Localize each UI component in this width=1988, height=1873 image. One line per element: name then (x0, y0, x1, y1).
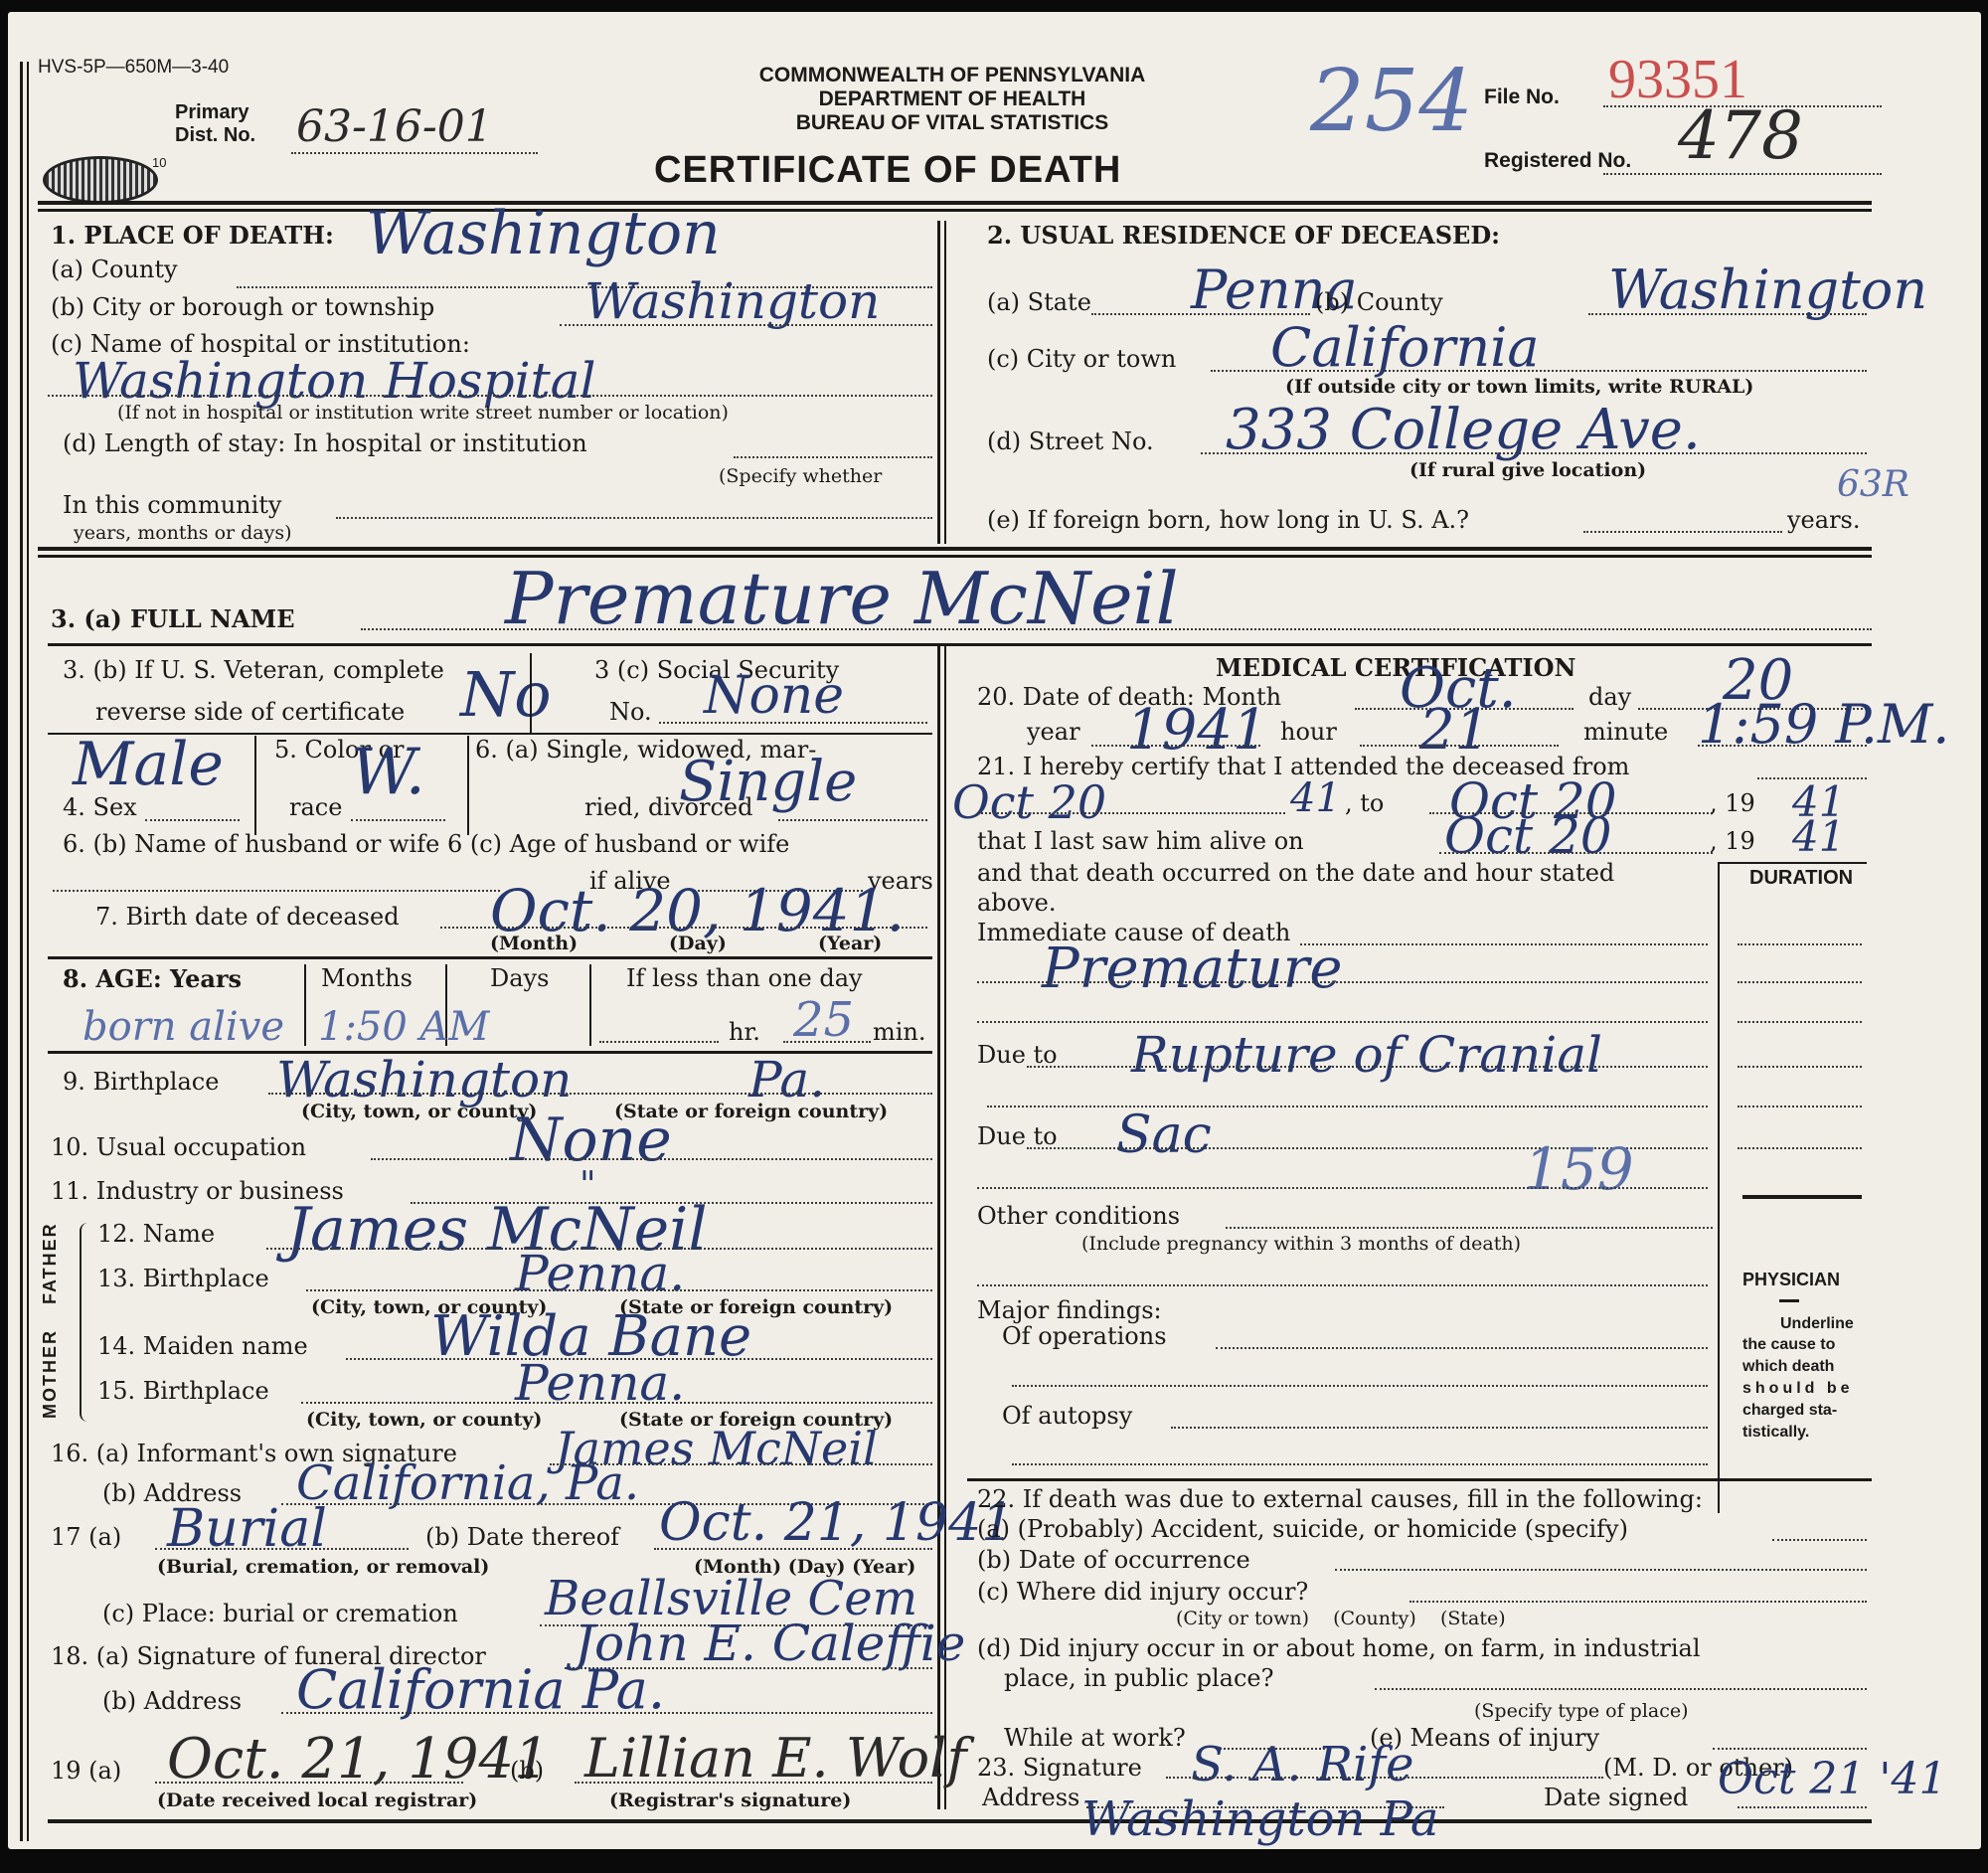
primary-dist-label: Primary (175, 101, 249, 124)
registrar-date-note: (Date received local registrar) (157, 1789, 477, 1811)
birth-date-label: 7. Birth date of deceased (95, 903, 400, 931)
age-days-label: Days (490, 964, 549, 992)
dist-no-label: Dist. No. (175, 124, 255, 147)
veteran-label-1: 3. (b) If U. S. Veteran, complete (63, 656, 444, 684)
place-stay-label: (d) Length of stay: In hospital or insti… (63, 429, 587, 457)
external-c-note: (City or town) (County) (State) (1176, 1608, 1506, 1629)
place-of-death-heading: 1. PLACE OF DEATH: (51, 221, 334, 250)
physician-note-1: Underline (1780, 1314, 1854, 1334)
father-side-label: FATHER (40, 1222, 61, 1304)
last-saw-value[interactable]: Oct 20 (1444, 807, 1612, 865)
physician-signature-label: 23. Signature (977, 1754, 1142, 1782)
place-community-note: years, months or days) (74, 522, 292, 544)
date-signed-value[interactable]: Oct 21 '41 (1718, 1754, 1946, 1804)
other-conditions-label: Other conditions (977, 1202, 1180, 1230)
external-a-label: (a) (Probably) Accident, suicide, or hom… (977, 1515, 1628, 1543)
father-name-label: 12. Name (97, 1220, 215, 1248)
spouse-label: 6. (b) Name of husband or wife 6 (c) Age… (63, 830, 789, 858)
date-signed-label: Date signed (1544, 1784, 1688, 1811)
full-name-label: 3. (a) FULL NAME (51, 604, 295, 633)
union-label-number: 10 (152, 155, 166, 170)
external-b-label: (b) Date of occurrence (977, 1546, 1250, 1574)
residence-margin-code: 63R (1837, 464, 1909, 505)
father-birthplace-value[interactable]: Penna. (515, 1245, 685, 1302)
last-saw-year[interactable]: 41 (1792, 812, 1845, 861)
physician-signature-value[interactable]: S. A. Rife (1191, 1737, 1414, 1792)
agency-line-3: BUREAU OF VITAL STATISTICS (719, 111, 1186, 135)
external-heading: 22. If death was due to external causes,… (977, 1485, 1703, 1513)
parents-bracket (80, 1223, 91, 1422)
age-hr-label: hr. (729, 1018, 760, 1046)
residence-county-label: (b) County (1315, 288, 1443, 316)
burial-disposition-note: (Burial, cremation, or removal) (157, 1556, 489, 1578)
registered-no-label: Registered No. (1484, 149, 1631, 173)
immediate-cause-value[interactable]: Premature (1042, 936, 1343, 1001)
age-months-label: Months (321, 964, 413, 992)
major-findings-label: Major findings: (977, 1296, 1162, 1324)
mother-side-label: MOTHER (40, 1329, 61, 1419)
file-no-label: File No. (1484, 85, 1560, 109)
age-years-value[interactable]: born alive (83, 1004, 284, 1050)
other-conditions-note: (Include pregnancy within 3 months of de… (1081, 1233, 1521, 1255)
union-label-icon (43, 156, 158, 204)
age-min-value[interactable]: 25 (793, 992, 854, 1048)
registrar-19b-label: (b) (510, 1757, 544, 1785)
death-hour-label: hour (1280, 718, 1337, 746)
sex-label: 4. Sex (63, 793, 137, 821)
external-c-label: (c) Where did injury occur? (977, 1578, 1308, 1606)
cause-margin-code: 159 (1524, 1135, 1634, 1203)
due-to-1-label: Due to (977, 1041, 1058, 1069)
certify-line-5: above. (977, 889, 1057, 917)
place-community-label: In this community (63, 491, 282, 519)
attended-from-year[interactable]: 41 (1290, 775, 1341, 821)
residence-foreign-label: (e) If foreign born, how long in U. S. A… (987, 506, 1469, 534)
veteran-value[interactable]: No (460, 658, 552, 731)
registrar-signature-note: (Registrar's signature) (609, 1789, 851, 1811)
form-code: HVS-5P—650M—3-40 (38, 57, 229, 79)
mother-maiden-label: 14. Maiden name (97, 1332, 308, 1360)
agency-line-1: COMMONWEALTH OF PENNSYLVANIA (719, 64, 1186, 87)
birth-month-note: (Month) (490, 933, 578, 954)
father-birthplace-label: 13. Birthplace (97, 1265, 269, 1292)
last-saw-year-prefix: , 19 (1710, 827, 1755, 855)
residence-street-note: (If rural give location) (1409, 459, 1646, 481)
ssn-label-2: No. (609, 698, 652, 726)
burial-date-label: (b) Date thereof (425, 1523, 619, 1551)
marital-value[interactable]: Single (679, 750, 857, 814)
certificate-paper: HVS-5P—650M—3-40 Primary Dist. No. 63-16… (8, 12, 1981, 1849)
primary-dist-no: 63-16-01 (296, 101, 493, 152)
birth-year-note: (Year) (818, 933, 882, 954)
occupation-label: 10. Usual occupation (51, 1133, 306, 1161)
due-to-2-label: Due to (977, 1122, 1058, 1150)
external-d-label-1: (d) Did injury occur in or about home, o… (977, 1634, 1701, 1662)
residence-county-value[interactable]: Washington (1608, 258, 1927, 321)
veteran-label-2: reverse side of certificate (95, 698, 405, 726)
director-address-label: (b) Address (102, 1687, 242, 1715)
age-min-label: min. (873, 1018, 926, 1046)
attended-to-label: , to (1345, 789, 1384, 817)
place-county-label: (a) County (51, 255, 178, 283)
registrar-signature-value[interactable]: Lillian E. Wolf (584, 1727, 966, 1789)
sex-value[interactable]: Male (73, 730, 224, 799)
registrar-19a-label: 19 (a) (51, 1757, 121, 1785)
duration-label: DURATION (1749, 867, 1853, 890)
residence-street-label: (d) Street No. (987, 427, 1154, 455)
margin-note-254: 254 (1310, 52, 1473, 151)
certify-line-4: and that death occurred on the date and … (977, 859, 1614, 887)
burial-place-label: (c) Place: burial or cremation (102, 1600, 458, 1627)
burial-date-value[interactable]: Oct. 21, 1941 (659, 1493, 1014, 1553)
race-value[interactable]: W. (351, 736, 425, 809)
medical-heading: MEDICAL CERTIFICATION (1216, 653, 1575, 682)
physician-address-value[interactable]: Washington Pa (1081, 1791, 1438, 1847)
attended-from-value[interactable]: Oct 20 (952, 775, 1106, 829)
external-d-note: (Specify type of place) (1474, 1700, 1689, 1722)
ssn-value[interactable]: None (704, 666, 844, 726)
physician-note-3: which death (1742, 1358, 1834, 1376)
agency-line-2: DEPARTMENT OF HEALTH (719, 87, 1186, 111)
mother-city-note: (City, town, or county) (306, 1409, 542, 1431)
residence-state-label: (a) State (987, 288, 1091, 316)
physician-note-2: the cause to (1742, 1336, 1835, 1354)
residence-city-label: (c) City or town (987, 345, 1176, 373)
age-months-value[interactable]: 1:50 AM (318, 1004, 489, 1050)
age-years-label: 8. AGE: Years (63, 964, 242, 993)
left-border-inner (27, 62, 29, 1841)
due-to-2-value[interactable]: Sac (1116, 1106, 1212, 1165)
place-specify-note: (Specify whether (719, 465, 882, 487)
mother-birthplace-label: 15. Birthplace (97, 1377, 269, 1405)
physician-note-4: should be (1742, 1380, 1854, 1398)
physician-heading: PHYSICIAN (1742, 1270, 1840, 1290)
header-divider (38, 201, 1872, 205)
external-d-label-2: place, in public place? (1004, 1664, 1273, 1692)
external-work-label: While at work? (1004, 1724, 1186, 1752)
attended-to-year-prefix: , 19 (1710, 789, 1755, 817)
death-day-label: day (1588, 683, 1631, 711)
certificate-title: CERTIFICATE OF DEATH (654, 149, 1121, 192)
death-year-label: year (1027, 718, 1080, 746)
residence-foreign-unit: years. (1787, 506, 1861, 534)
residence-heading: 2. USUAL RESIDENCE OF DECEASED: (987, 221, 1500, 250)
death-minute-label: minute (1583, 718, 1668, 746)
operations-label: Of operations (1002, 1322, 1167, 1350)
birthplace-label: 9. Birthplace (63, 1068, 219, 1096)
autopsy-label: Of autopsy (1002, 1402, 1132, 1430)
place-city-value[interactable]: Washington (584, 272, 880, 330)
birth-day-note: (Day) (669, 933, 727, 954)
residence-city-note: (If outside city or town limits, write R… (1285, 376, 1753, 398)
place-county-value[interactable]: Washington (366, 199, 721, 268)
place-hospital-note: (If not in hospital or institution write… (117, 402, 729, 424)
place-city-label: (b) City or borough or township (51, 293, 434, 321)
burial-17a-label: 17 (a) (51, 1523, 121, 1551)
physician-note-5: charged sta- (1742, 1402, 1837, 1420)
burial-disposition-value[interactable]: Burial (167, 1499, 327, 1559)
last-saw-label: that I last saw him alive on (977, 827, 1304, 855)
birthplace-city-note: (City, town, or county) (301, 1101, 537, 1122)
left-border (20, 62, 23, 1841)
physician-address-label: Address (982, 1784, 1079, 1811)
physician-note-6: tistically. (1742, 1424, 1809, 1442)
race-label-2: race (289, 793, 342, 821)
registered-no: 478 (1678, 97, 1803, 174)
age-less-label: If less than one day (626, 964, 863, 992)
due-to-1-value[interactable]: Rupture of Cranial (1131, 1026, 1602, 1084)
